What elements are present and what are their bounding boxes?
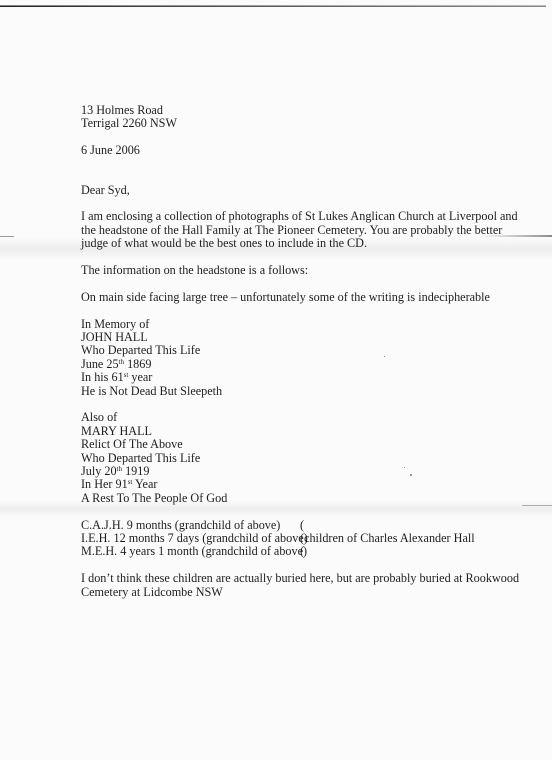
age-text: In Her 91 (81, 477, 128, 491)
grandchild-entry: M.E.H. 4 years 1 month (grandchild of ab… (81, 545, 300, 558)
inscription-line: He is Not Dead But Sleepeth (81, 385, 541, 398)
paragraph-line: the headstone of the Hall Family at The … (81, 224, 541, 237)
inscription-name: MARY HALL (81, 425, 541, 438)
address-line-1: 13 Holmes Road (81, 104, 541, 117)
inscription-john-hall: In Memory of JOHN HALL Who Departed This… (81, 318, 541, 398)
scan-top-edge-shadow (0, 5, 546, 7)
year-text: 1919 (122, 464, 149, 478)
grandchildren-list: C.A.J.H. 9 months (grandchild of above) … (81, 519, 541, 559)
inscription-name: JOHN HALL (81, 331, 541, 344)
inscription-age: In his 61st year (81, 371, 541, 384)
address-line-2: Terrigal 2260 NSW (81, 117, 541, 130)
grandchild-row: M.E.H. 4 years 1 month (grandchild of ab… (81, 545, 541, 558)
date-text: June 25 (81, 357, 119, 371)
letter-body: 13 Holmes Road Terrigal 2260 NSW 6 June … (81, 104, 541, 599)
grandchild-note: ( (300, 519, 304, 532)
paragraph-main-side: On main side facing large tree – unfortu… (81, 291, 541, 304)
inscription-mary-hall: Also of MARY HALL Relict Of The Above Wh… (81, 411, 541, 505)
grandchild-entry: I.E.H. 12 months 7 days (grandchild of a… (81, 532, 300, 545)
inscription-date: July 20th 1919 (81, 465, 541, 478)
inscription-line: Who Departed This Life (81, 344, 541, 357)
paragraph-line: Cemetery at Lidcombe NSW (81, 586, 541, 599)
inscription-date: June 25th 1869 (81, 358, 541, 371)
age-suffix-text: year (128, 370, 152, 384)
paragraph-line: I don’t think these children are actuall… (81, 572, 541, 585)
inscription-line: Who Departed This Life (81, 452, 541, 465)
paragraph-burial-note: I don’t think these children are actuall… (81, 572, 541, 599)
paragraph-line: judge of what would be the best ones to … (81, 237, 541, 250)
grandchild-row: C.A.J.H. 9 months (grandchild of above) … (81, 519, 541, 532)
inscription-line: A Rest To The People Of God (81, 492, 541, 505)
inscription-line: In Memory of (81, 318, 541, 331)
paragraph-photographs: I am enclosing a collection of photograp… (81, 210, 541, 250)
age-text: In his 61 (81, 370, 124, 384)
age-suffix-text: Year (132, 477, 157, 491)
salutation: Dear Syd, (81, 184, 541, 197)
date-text: July 20 (81, 464, 117, 478)
fold-crease-mark-left (0, 236, 14, 237)
paragraph-line: I am enclosing a collection of photograp… (81, 210, 541, 223)
inscription-line: Relict Of The Above (81, 438, 541, 451)
inscription-age: In Her 91st Year (81, 478, 541, 491)
letter-date: 6 June 2006 (81, 144, 541, 157)
grandchild-row: I.E.H. 12 months 7 days (grandchild of a… (81, 532, 541, 545)
grandchild-note: ( (300, 545, 304, 558)
grandchild-note: (children of Charles Alexander Hall (300, 532, 475, 545)
inscription-line: Also of (81, 411, 541, 424)
year-text: 1869 (124, 357, 151, 371)
paragraph-headstone-intro: The information on the headstone is a fo… (81, 264, 541, 277)
grandchild-entry: C.A.J.H. 9 months (grandchild of above) (81, 519, 300, 532)
